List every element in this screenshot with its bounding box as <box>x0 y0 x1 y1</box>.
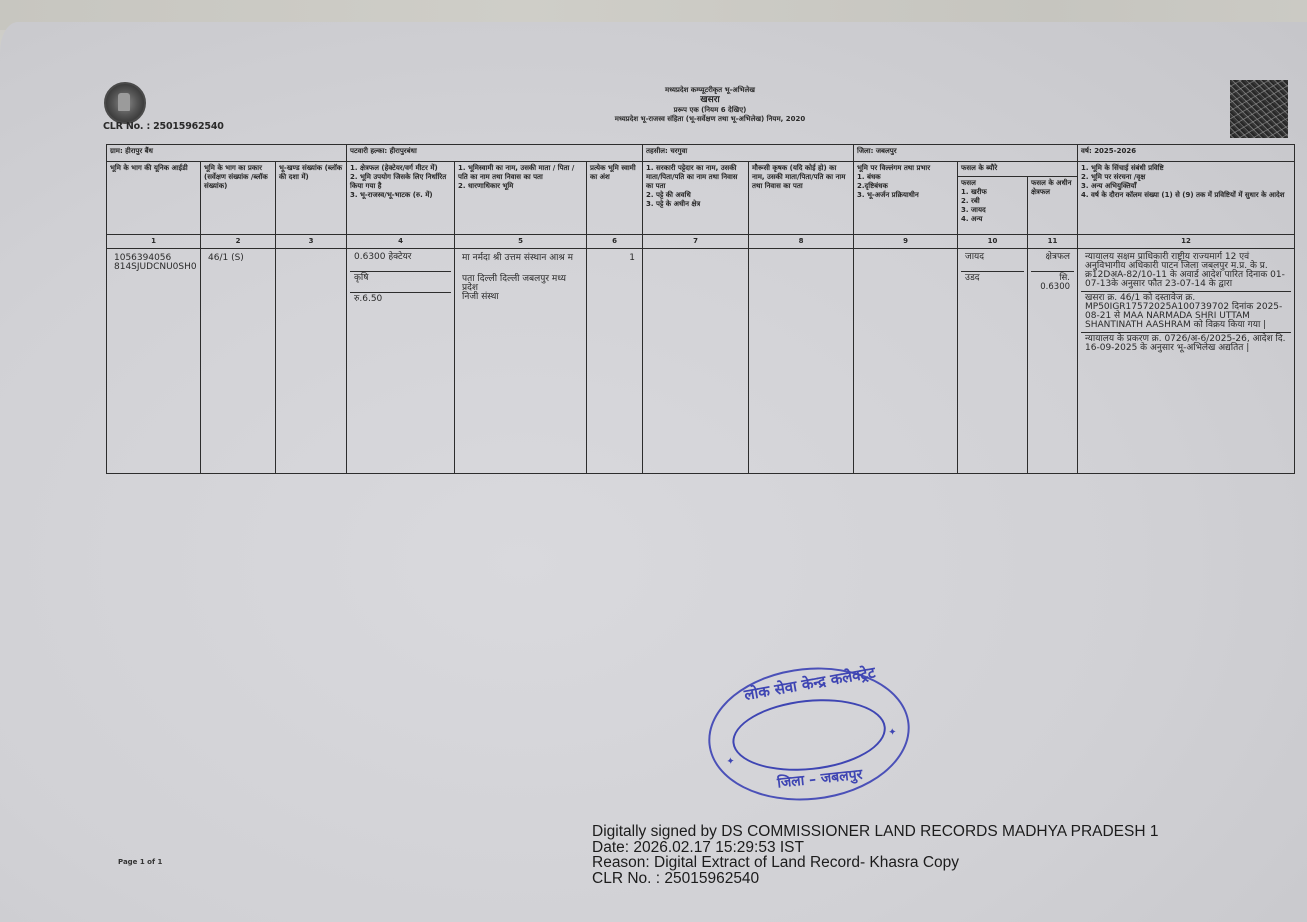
signature-clr-number: CLR No. : 25015962540 <box>592 871 1158 887</box>
patwari-halka-cell: पटवारी हल्का: हीरापुरबंधा <box>347 145 643 162</box>
col-number: 5 <box>455 235 587 249</box>
share-cell: 1 <box>587 249 643 474</box>
document-title: खसरा <box>560 95 860 106</box>
owner-name: मा नर्मदा श्री उत्तम संस्थान आश्र म <box>462 254 579 263</box>
area-use-revenue-cell: 0.6300 हेक्टेयर कृषि रु.6.50 <box>347 249 455 474</box>
col-header-2: भूमि के भाग का प्रकार (सर्वेक्षण संख्यां… <box>201 162 276 235</box>
tenant-cell <box>749 249 854 474</box>
col-number: 10 <box>958 235 1028 249</box>
remark-item: खसरा क्र. 46/1 को दस्तावेज क्र. MP50IGR1… <box>1081 292 1291 333</box>
col-header-7: 1. सरकारी पट्टेदार का नाम, उसकी माता/पित… <box>643 162 749 235</box>
tenant-value <box>752 251 850 257</box>
land-use-value: कृषि <box>350 272 451 293</box>
qr-code-icon <box>1230 80 1288 138</box>
remark-item: न्यायालय के प्रकरण क्र. 0726/अ-6/2025-26… <box>1081 333 1291 355</box>
col-number: 6 <box>587 235 643 249</box>
lessee-cell <box>643 249 749 474</box>
signature-reason: Reason: Digital Extract of Land Record- … <box>592 855 1158 871</box>
col-header-11: फसल के अधीन क्षेत्रफल <box>1028 177 1078 235</box>
district-cell: जिला: जबलपुर <box>854 145 1078 162</box>
document-header: मध्यप्रदेश कम्प्यूटरीकृत भू-अभिलेख खसरा … <box>560 86 860 124</box>
clr-number-top: CLR No. : 25015962540 <box>103 121 224 132</box>
digital-signature-block: Digitally signed by DS COMMISSIONER LAND… <box>592 824 1158 886</box>
col-header-12: 1. भूमि के सिंचाई संबंधी प्रविष्टि 2. भू… <box>1078 162 1295 235</box>
owner-cell: मा नर्मदा श्री उत्तम संस्थान आश्र म पता … <box>455 249 587 474</box>
survey-number: 46/1 (S) <box>204 251 272 266</box>
crop-name: उडद <box>961 272 1024 292</box>
area-value: 0.6300 हेक्टेयर <box>350 251 451 272</box>
col-number: 1 <box>107 235 201 249</box>
crop-group-header: फसल के ब्यौरे <box>958 162 1078 177</box>
plot-number-cell <box>276 249 347 474</box>
remark-item: न्यायालय सक्षम प्राधिकारी राष्ट्रीय राज्… <box>1081 251 1291 292</box>
signature-date: Date: 2026.02.17 15:29:53 IST <box>592 840 1158 856</box>
tehsil-cell: तहसील: चरगुवा <box>643 145 854 162</box>
star-icon: ✦ <box>888 727 897 739</box>
encumbrance-cell <box>854 249 958 474</box>
crop-season: जायद <box>961 251 1024 272</box>
col-header-10: फसल 1. खरीफ 2. रबी 3. जायद 4. अन्य <box>958 177 1028 235</box>
village-cell: ग्राम: हीरापुर बैंध <box>107 145 347 162</box>
header-line-1: मध्यप्रदेश कम्प्यूटरीकृत भू-अभिलेख <box>560 86 860 95</box>
col-header-3: भू-खण्ड संख्यांक (ब्लॉक की दशा में) <box>276 162 347 235</box>
header-line-3: प्ररूप एक (नियम 6 देखिए) <box>560 106 860 115</box>
khasra-table: ग्राम: हीरापुर बैंध पटवारी हल्का: हीरापु… <box>106 144 1295 474</box>
plot-number <box>279 251 343 257</box>
col-number: 9 <box>854 235 958 249</box>
col-number: 11 <box>1028 235 1078 249</box>
star-icon: ✦ <box>726 756 735 768</box>
signature-signer: Digitally signed by DS COMMISSIONER LAND… <box>592 824 1158 840</box>
unique-id-line-2: 814SJUDCNU0SH0 <box>114 263 193 272</box>
table-top-header-row: ग्राम: हीरापुर बैंध पटवारी हल्का: हीरापु… <box>107 145 1295 162</box>
column-number-row: 1 2 3 4 5 6 7 8 9 10 11 12 <box>107 235 1295 249</box>
col-number: 8 <box>749 235 854 249</box>
lessee-value <box>646 251 745 257</box>
crop-area-value: सि. 0.6300 <box>1031 272 1074 294</box>
unique-id-cell: 1056394056 814SJUDCNU0SH0 <box>107 249 201 474</box>
col-number: 4 <box>347 235 455 249</box>
header-line-4: मध्यप्रदेश भू-राजस्व संहिता (भू-सर्वेक्ष… <box>560 115 860 124</box>
col-header-9: भूमि पर विल्लंगम तथा प्रभार 1. बंधक 2.दृ… <box>854 162 958 235</box>
page-number: Page 1 of 1 <box>118 858 162 866</box>
tenure-type: निजी संस्था <box>462 293 579 302</box>
encumbrance-value <box>857 251 954 257</box>
revenue-value: रु.6.50 <box>350 293 451 313</box>
crop-area-cell: क्षेत्रफल सि. 0.6300 <box>1028 249 1078 474</box>
state-emblem-icon <box>104 82 146 124</box>
col-header-8: मौरूसी कृषक (यदि कोई हो) का नाम, उसकी मा… <box>749 162 854 235</box>
col-number: 12 <box>1078 235 1295 249</box>
owner-address: पता दिल्ली दिल्ली जबलपुर मध्य प्रदेश <box>462 275 579 293</box>
col-header-6: प्रत्येक भूमि स्वामी का अंश <box>587 162 643 235</box>
col-header-5: 1. भूमिस्वामी का नाम, उसकी माता / पिता /… <box>455 162 587 235</box>
col-number: 2 <box>201 235 276 249</box>
column-header-row: भूमि के भाग की यूनिक आईडी भूमि के भाग का… <box>107 162 1295 177</box>
owner-share: 1 <box>590 251 639 266</box>
crop-cell: जायद उडद <box>958 249 1028 474</box>
crop-area-label: क्षेत्रफल <box>1031 251 1074 272</box>
year-cell: वर्ष: 2025-2026 <box>1078 145 1295 162</box>
col-header-4: 1. क्षेत्रफल (हेक्टेयर/वर्ग मीटर में) 2.… <box>347 162 455 235</box>
col-number: 3 <box>276 235 347 249</box>
col-number: 7 <box>643 235 749 249</box>
col-header-1: भूमि के भाग की यूनिक आईडी <box>107 162 201 235</box>
remarks-cell: न्यायालय सक्षम प्राधिकारी राष्ट्रीय राज्… <box>1078 249 1295 474</box>
table-row: 1056394056 814SJUDCNU0SH0 46/1 (S) 0.630… <box>107 249 1295 474</box>
survey-number-cell: 46/1 (S) <box>201 249 276 474</box>
